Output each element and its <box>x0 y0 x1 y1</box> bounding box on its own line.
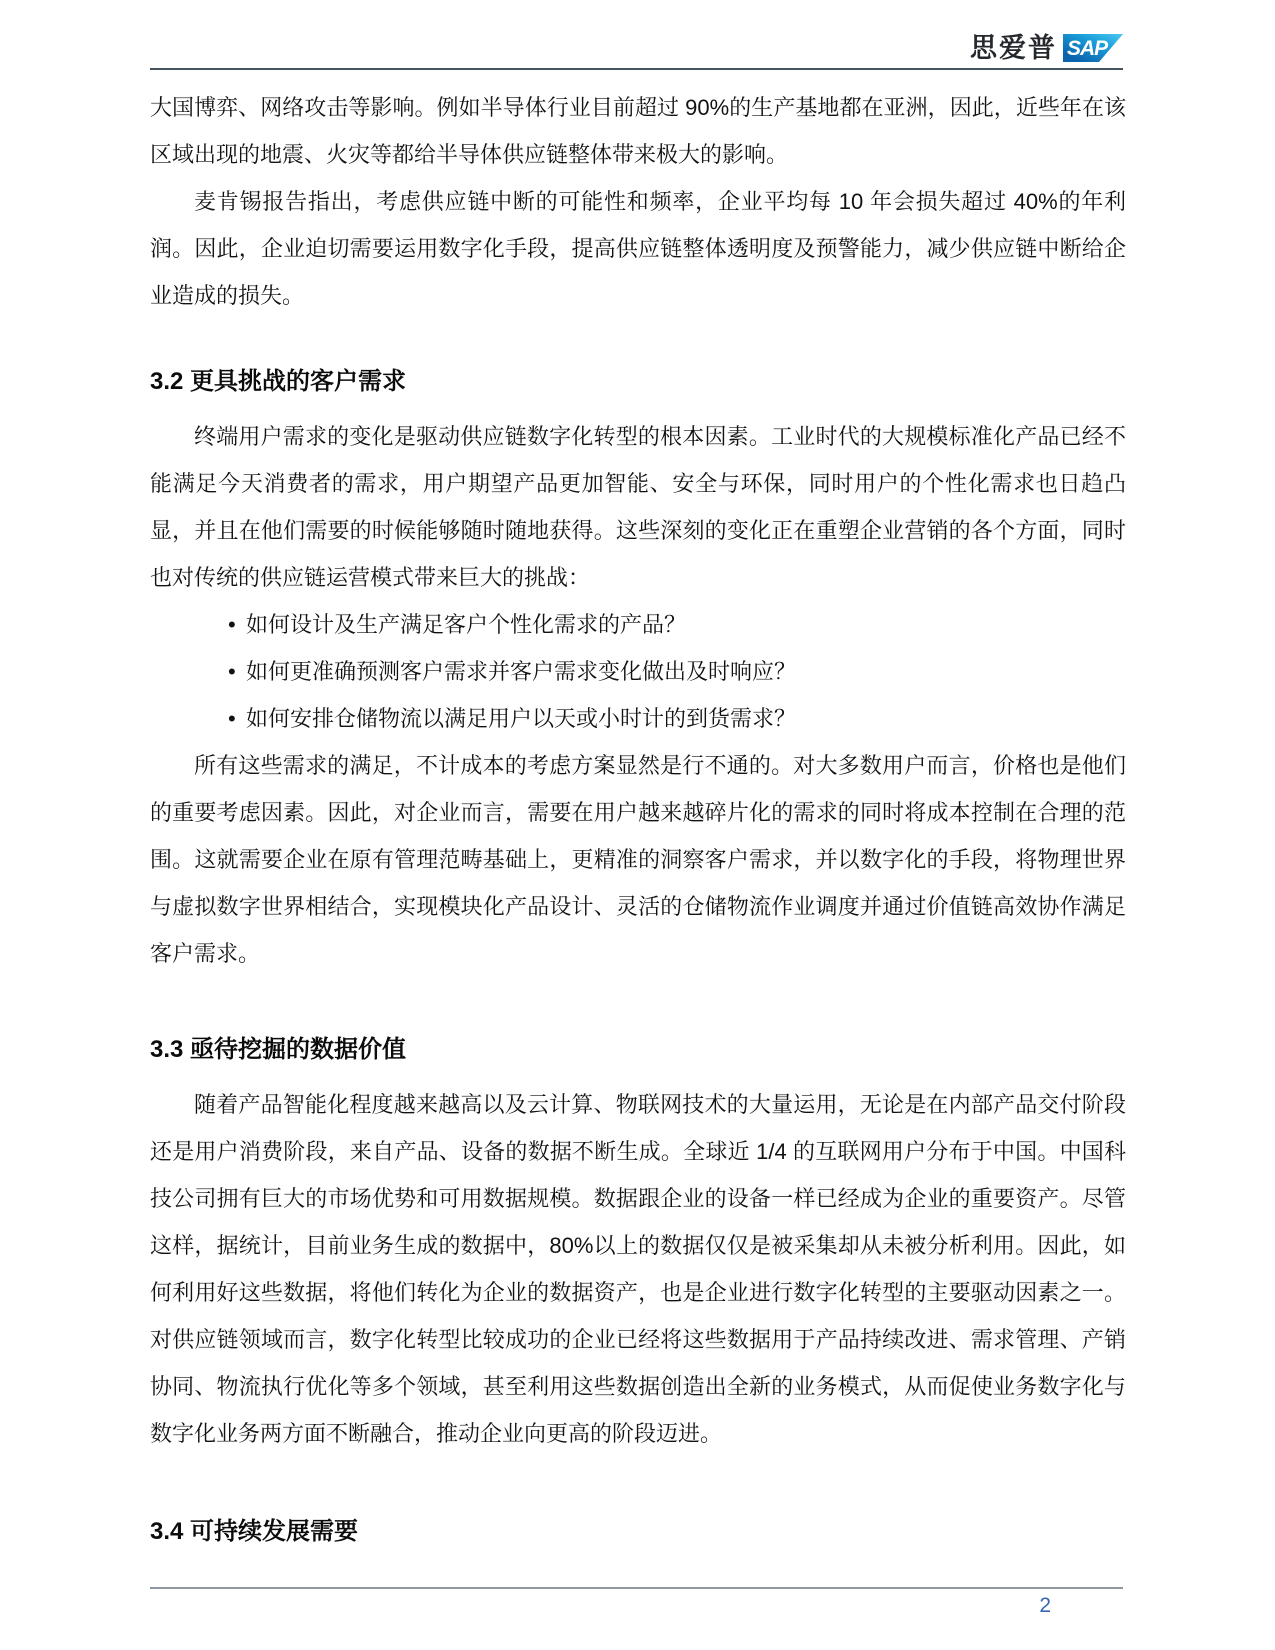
brand: 思爱普 SAP <box>970 34 1123 62</box>
page-header: 思爱普 SAP <box>150 0 1123 70</box>
list-item-text: 如何设计及生产满足客户个性化需求的产品？ <box>246 601 686 648</box>
paragraph: 麦肯锡报告指出，考虑供应链中断的可能性和频率，企业平均每 10 年会损失超过 4… <box>150 178 1126 319</box>
section-heading-3-3: 3.3 亟待挖掘的数据价值 <box>150 1033 1126 1067</box>
list-item: • 如何设计及生产满足客户个性化需求的产品？ <box>150 601 1126 648</box>
list-item: • 如何安排仓储物流以满足用户以天或小时计的到货需求？ <box>150 695 1126 742</box>
bullet-icon: • <box>228 601 246 648</box>
list-item: • 如何更准确预测客户需求并客户需求变化做出及时响应？ <box>150 648 1126 695</box>
bullet-icon: • <box>228 695 246 742</box>
sap-logo-text: SAP <box>1063 38 1107 59</box>
list-item-text: 如何安排仓储物流以满足用户以天或小时计的到货需求？ <box>246 695 796 742</box>
paragraph: 终端用户需求的变化是驱动供应链数字化转型的根本因素。工业时代的大规模标准化产品已… <box>150 413 1126 601</box>
section-heading-3-4: 3.4 可持续发展需要 <box>150 1515 1126 1549</box>
brand-chinese-label: 思爱普 <box>970 35 1057 62</box>
document-page: 思爱普 SAP 大国博弈、网络攻击等影响。例如半导体行业目前超过 90%的生产基… <box>0 0 1275 1650</box>
paragraph-continuation: 大国博弈、网络攻击等影响。例如半导体行业目前超过 90%的生产基地都在亚洲，因此… <box>150 84 1126 178</box>
list-item-text: 如何更准确预测客户需求并客户需求变化做出及时响应？ <box>246 648 796 695</box>
paragraph: 随着产品智能化程度越来越高以及云计算、物联网技术的大量运用，无论是在内部产品交付… <box>150 1081 1126 1457</box>
bullet-list: • 如何设计及生产满足客户个性化需求的产品？ • 如何更准确预测客户需求并客户需… <box>150 601 1126 742</box>
page-footer: 2 <box>150 1587 1123 1618</box>
page-number: 2 <box>1039 1594 1051 1617</box>
section-heading-3-2: 3.2 更具挑战的客户需求 <box>150 365 1126 399</box>
bullet-icon: • <box>228 648 246 695</box>
sap-logo-icon: SAP <box>1063 34 1123 62</box>
document-body: 大国博弈、网络攻击等影响。例如半导体行业目前超过 90%的生产基地都在亚洲，因此… <box>150 72 1126 1549</box>
paragraph: 所有这些需求的满足，不计成本的考虑方案显然是行不通的。对大多数用户而言，价格也是… <box>150 742 1126 977</box>
